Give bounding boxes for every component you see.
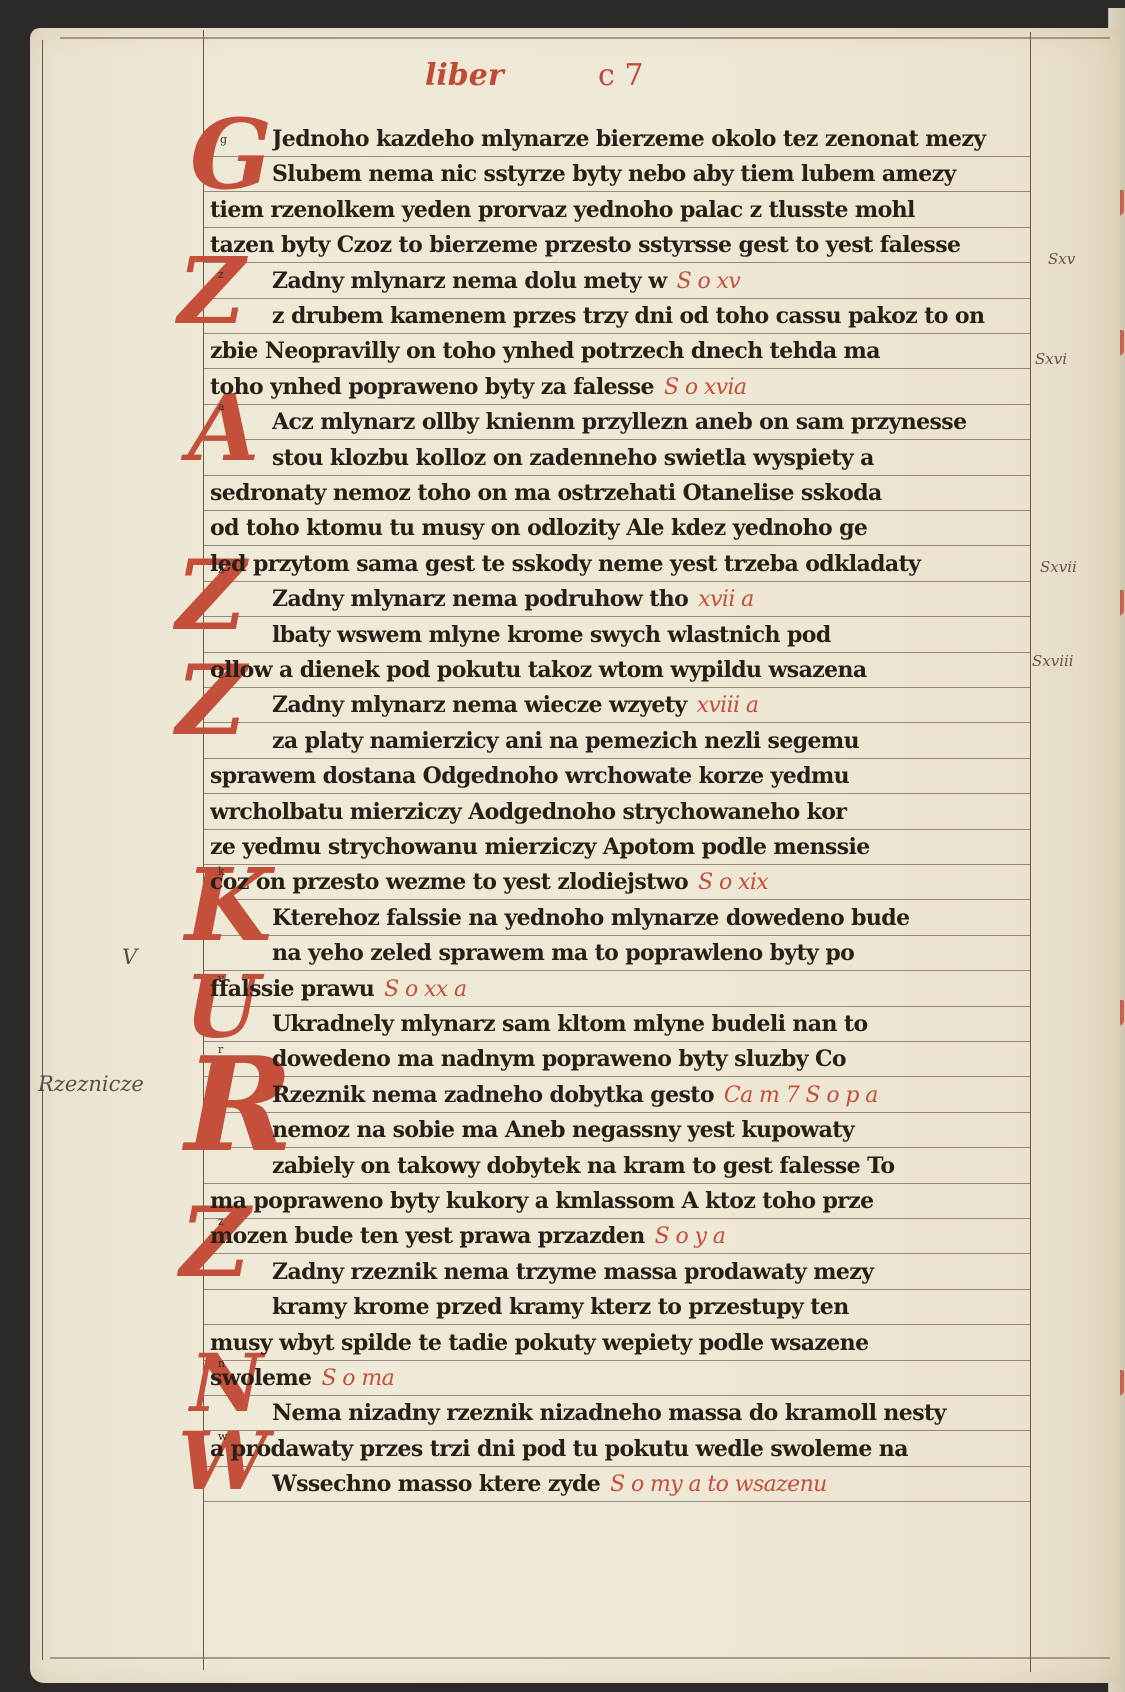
text-line: od toho ktomu tu musy on odlozity Ale kd… (210, 511, 1030, 546)
text-line-content: Ukradnely mlynarz sam kltom mlyne budeli… (272, 1011, 868, 1037)
right-margin-note: Sxviii (1032, 652, 1074, 670)
text-line: na yeho zeled sprawem ma to poprawleno b… (272, 936, 1030, 971)
text-line: Nema nizadny rzeznik nizadneho massa do … (272, 1396, 1030, 1431)
text-line-content: Rzeznik nema zadneho dobytka gesto (272, 1082, 714, 1108)
text-line: Zadny mlynarz nema wiecze wzyetyxviii a (272, 688, 1030, 723)
text-line: kramy krome przed kramy kterz to przestu… (272, 1290, 1030, 1325)
text-line: tazen byty Czoz to bierzeme przesto ssty… (210, 228, 1030, 263)
text-line-content: toho ynhed popraweno byty za falesse (210, 374, 654, 400)
text-line: ma popraweno byty kukory a kmlassom A kt… (210, 1184, 1030, 1219)
text-line-content: zabiely on takowy dobytek na kram to ges… (272, 1153, 894, 1179)
text-line-content: Slubem nema nic sstyrze byty nebo aby ti… (272, 161, 956, 187)
text-line: Kterehoz falssie na yednoho mlynarze dow… (272, 901, 1030, 936)
text-line-content: Kterehoz falssie na yednoho mlynarze dow… (272, 905, 910, 931)
right-margin-note: Sxvi (1035, 350, 1067, 368)
text-line: dowedeno ma nadnym popraweno byty sluzby… (272, 1042, 1030, 1077)
text-line-content: Jednoho kazdeho mlynarze bierzeme okolo … (272, 126, 985, 152)
guide-letter: g (220, 133, 227, 146)
rubric-reference: S o xix (698, 870, 768, 895)
text-line-content: led przytom sama gest te sskody neme yes… (210, 551, 920, 577)
rubric-reference: xvii a (698, 587, 753, 612)
text-line-content: sedronaty nemoz toho on ma ostrzehati Ot… (210, 480, 882, 506)
text-line-content: Zadny mlynarz nema wiecze wzyety (272, 692, 687, 718)
text-line-content: mozen bude ten yest prawa przazden (210, 1223, 645, 1249)
text-line-content: musy wbyt spilde te tadie pokuty wepiety… (210, 1330, 868, 1356)
text-line: Rzeznik nema zadneho dobytka gestoCa m 7… (272, 1078, 1030, 1113)
text-line: Slubem nema nic sstyrze byty nebo aby ti… (272, 157, 1030, 192)
text-line: toho ynhed popraweno byty za falesseS o … (210, 370, 1030, 405)
text-line-content: z drubem kamenem przes trzy dni od toho … (272, 303, 984, 329)
ruling-bottom (50, 1657, 1110, 1659)
text-line: coz on przesto wezme to yest zlodiejstwo… (210, 865, 1030, 900)
text-line: musy wbyt spilde te tadie pokuty wepiety… (210, 1326, 1030, 1361)
text-line-content: wrcholbatu mierziczy Aodgednoho strychow… (210, 799, 846, 825)
text-line: zbie Neopravilly on toho ynhed potrzech … (210, 334, 1030, 369)
right-margin-note: Sxv (1048, 250, 1075, 268)
text-line-content: sprawem dostana Odgednoho wrchowate korz… (210, 763, 849, 789)
text-line: ollow a dienek pod pokutu takoz wtom wyp… (210, 653, 1030, 688)
text-line: ze yedmu strychowanu mierziczy Apotom po… (210, 830, 1030, 865)
rubric-reference: S o xx a (384, 977, 466, 1002)
text-line: Acz mlynarz ollby knienm przyllezn aneb … (272, 405, 1030, 440)
text-line: za platy namierzicy ani na pemezich nezl… (272, 724, 1030, 759)
text-line: tiem rzenolkem yeden prorvaz yednoho pal… (210, 193, 1030, 228)
folio-number: c 7 (598, 58, 643, 93)
text-line: a prodawaty przes trzi dni pod tu pokutu… (210, 1432, 1030, 1467)
text-line: led przytom sama gest te sskody neme yes… (210, 547, 1030, 582)
rubric-reference: S o y a (655, 1224, 726, 1249)
text-line-content: od toho ktomu tu musy on odlozity Ale kd… (210, 515, 867, 541)
text-line-content: ffalssie prawu (210, 976, 374, 1002)
text-line-content: tazen byty Czoz to bierzeme przesto ssty… (210, 232, 960, 258)
right-margin-note: Sxvii (1040, 558, 1077, 576)
text-line-content: swoleme (210, 1365, 311, 1391)
text-line: swolemeS o ma (210, 1361, 1030, 1396)
text-line: zabiely on takowy dobytek na kram to ges… (272, 1149, 1030, 1184)
text-line-content: ollow a dienek pod pokutu takoz wtom wyp… (210, 657, 867, 683)
rubric-reference: S o ma (321, 1366, 394, 1391)
running-head-liber: liber (425, 58, 504, 93)
text-line-content: Wssechno masso ktere zyde (272, 1471, 600, 1497)
text-line-content: Zadny mlynarz nema podruhow tho (272, 586, 688, 612)
text-line-content: Zadny rzeznik nema trzyme massa prodawat… (272, 1259, 873, 1285)
text-line-content: a prodawaty przes trzi dni pod tu pokutu… (210, 1436, 908, 1462)
text-line-content: stou klozbu kolloz on zadenneho swietla … (272, 445, 874, 471)
text-line-content: kramy krome przed kramy kterz to przestu… (272, 1294, 849, 1320)
text-line-content: lbaty wswem mlyne krome swych wlastnich … (272, 622, 831, 648)
ruling-top (60, 37, 1110, 39)
text-line-content: Acz mlynarz ollby knienm przyllezn aneb … (272, 409, 967, 435)
text-line: Wssechno masso ktere zydeS o my a to wsa… (272, 1467, 1030, 1502)
margin-mark: V (122, 945, 137, 969)
text-line: Zadny rzeznik nema trzyme massa prodawat… (272, 1255, 1030, 1290)
text-line: nemoz na sobie ma Aneb negassny yest kup… (272, 1113, 1030, 1148)
ruling-outer-left (42, 40, 43, 1660)
text-line-content: ze yedmu strychowanu mierziczy Apotom po… (210, 834, 870, 860)
rubric-reference: S o my a to wsazenu (610, 1472, 827, 1497)
rubric-reference: S o xvia (664, 375, 747, 400)
text-line: Zadny mlynarz nema podruhow thoxvii a (272, 582, 1030, 617)
text-line-content: coz on przesto wezme to yest zlodiejstwo (210, 869, 688, 895)
text-line: stou klozbu kolloz on zadenneho swietla … (272, 441, 1030, 476)
text-line-content: ma popraweno byty kukory a kmlassom A kt… (210, 1188, 874, 1214)
text-line: sprawem dostana Odgednoho wrchowate korz… (210, 759, 1030, 794)
rubric-reference: Ca m 7 S o p a (724, 1083, 878, 1108)
text-line: mozen bude ten yest prawa przazdenS o y … (210, 1219, 1030, 1254)
text-line-content: dowedeno ma nadnym popraweno byty sluzby… (272, 1046, 846, 1072)
text-line: Ukradnely mlynarz sam kltom mlyne budeli… (272, 1007, 1030, 1042)
text-line-content: za platy namierzicy ani na pemezich nezl… (272, 728, 859, 754)
text-line: wrcholbatu mierziczy Aodgednoho strychow… (210, 795, 1030, 830)
guide-letter: r (218, 1043, 223, 1056)
text-line-content: na yeho zeled sprawem ma to poprawleno b… (272, 940, 854, 966)
rubric-reference: S o xv (677, 269, 741, 294)
rubric-reference: xviii a (697, 693, 759, 718)
guide-letter: z (218, 268, 224, 281)
text-line: lbaty wswem mlyne krome swych wlastnich … (272, 618, 1030, 653)
text-line: sedronaty nemoz toho on ma ostrzehati Ot… (210, 476, 1030, 511)
text-line: Jednoho kazdeho mlynarze bierzeme okolo … (272, 122, 1030, 157)
initial-g: G (190, 112, 272, 198)
text-line-content: Nema nizadny rzeznik nizadneho massa do … (272, 1400, 946, 1426)
text-line: Zadny mlynarz nema dolu mety wS o xv (272, 264, 1030, 299)
text-line-content: nemoz na sobie ma Aneb negassny yest kup… (272, 1117, 854, 1143)
text-line: z drubem kamenem przes trzy dni od toho … (272, 299, 1030, 334)
margin-note-rzeznicze: Rzeznicze (38, 1072, 144, 1096)
text-line: ffalssie prawuS o xx a (210, 972, 1030, 1007)
ruling-text-right (1030, 32, 1031, 1672)
text-line-content: zbie Neopravilly on toho ynhed potrzech … (210, 338, 880, 364)
text-line-content: Zadny mlynarz nema dolu mety w (272, 268, 667, 294)
text-line-content: tiem rzenolkem yeden prorvaz yednoho pal… (210, 197, 915, 223)
